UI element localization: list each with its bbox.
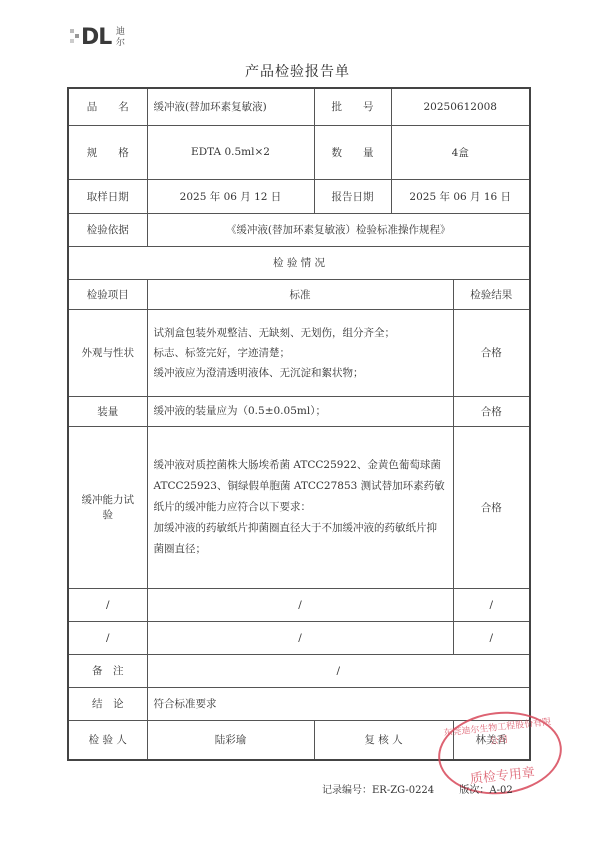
row-columns: 检验项目 标准 检验结果 xyxy=(68,279,530,309)
record-footer: 记录编号：ER-ZG-0224 版次：A-02 xyxy=(322,781,535,796)
quantity-value: 4盒 xyxy=(391,125,530,179)
quantity-label: 数 量 xyxy=(314,125,391,179)
report-date-label: 报告日期 xyxy=(314,179,391,213)
column-header-item: 检验项目 xyxy=(68,279,147,309)
item-cell: 缓冲能力试验 xyxy=(68,426,147,588)
reviewer-label: 复 核 人 xyxy=(314,720,453,760)
product-name-label: 品 名 xyxy=(68,88,147,125)
table-row: 装量 缓冲液的装量应为（0.5±0.05ml）； 合格 xyxy=(68,396,530,426)
row-basis: 检验依据 《缓冲液(替加环素复敏液）检验标准操作规程》 xyxy=(68,213,530,246)
logo-cn: 迪尔 xyxy=(116,28,126,48)
result-cell: / xyxy=(453,588,530,621)
result-cell: 合格 xyxy=(453,309,530,396)
row-spec: 规 格 EDTA 0.5ml×2 数 量 4盒 xyxy=(68,125,530,179)
row-section-title: 检 验 情 况 xyxy=(68,246,530,279)
inspection-section-title: 检 验 情 况 xyxy=(68,246,530,279)
result-cell: 合格 xyxy=(453,396,530,426)
standard-cell: 缓冲液的装量应为（0.5±0.05ml）； xyxy=(147,396,453,426)
table-row: / / / xyxy=(68,588,530,621)
sampling-date-label: 取样日期 xyxy=(68,179,147,213)
basis-value: 《缓冲液(替加环素复敏液）检验标准操作规程》 xyxy=(147,213,530,246)
standard-cell: / xyxy=(147,588,453,621)
column-header-standard: 标准 xyxy=(147,279,453,309)
standard-cell: 试剂盒包装外观整洁、无缺刻、无划伤，组分齐全； 标志、标签完好，字迹清楚； 缓冲… xyxy=(147,309,453,396)
sampling-date-value: 2025 年 06 月 12 日 xyxy=(147,179,314,213)
batch-value: 20250612008 xyxy=(391,88,530,125)
basis-label: 检验依据 xyxy=(68,213,147,246)
row-product-name: 品 名 缓冲液(替加环素复敏液) 批 号 20250612008 xyxy=(68,88,530,125)
table-row: 外观与性状 试剂盒包装外观整洁、无缺刻、无划伤，组分齐全； 标志、标签完好，字迹… xyxy=(68,309,530,396)
inspector-label: 检 验 人 xyxy=(68,720,147,760)
row-conclusion: 结 论 符合标准要求 xyxy=(68,687,530,720)
row-remarks: 备 注 / xyxy=(68,654,530,687)
batch-label: 批 号 xyxy=(314,88,391,125)
row-dates: 取样日期 2025 年 06 月 12 日 报告日期 2025 年 06 月 1… xyxy=(68,179,530,213)
result-cell: / xyxy=(453,621,530,654)
table-row: / / / xyxy=(68,621,530,654)
logo-mark-icon: DL xyxy=(70,27,114,49)
standard-cell: / xyxy=(147,621,453,654)
item-cell: / xyxy=(68,621,147,654)
spec-label: 规 格 xyxy=(68,125,147,179)
logo-text: DL xyxy=(81,27,111,49)
report-date-value: 2025 年 06 月 16 日 xyxy=(391,179,530,213)
item-cell: 装量 xyxy=(68,396,147,426)
report-table: 品 名 缓冲液(替加环素复敏液) 批 号 20250612008 规 格 EDT… xyxy=(67,87,531,761)
company-logo: DL 迪尔 xyxy=(70,27,126,49)
standard-cell: 缓冲液对质控菌株大肠埃希菌 ATCC25922、金黄色葡萄球菌 ATCC2592… xyxy=(147,426,453,588)
result-cell: 合格 xyxy=(453,426,530,588)
column-header-result: 检验结果 xyxy=(453,279,530,309)
item-cell: / xyxy=(68,588,147,621)
inspector-name: 陆彩瑜 xyxy=(147,720,314,760)
conclusion-label: 结 论 xyxy=(68,687,147,720)
page-title: 产品检验报告单 xyxy=(0,61,595,81)
remarks-value: / xyxy=(147,654,530,687)
remarks-label: 备 注 xyxy=(68,654,147,687)
conclusion-value: 符合标准要求 xyxy=(147,687,530,720)
spec-value: EDTA 0.5ml×2 xyxy=(147,125,314,179)
product-name-value: 缓冲液(替加环素复敏液) xyxy=(147,88,314,125)
item-cell: 外观与性状 xyxy=(68,309,147,396)
table-row: 缓冲能力试验 缓冲液对质控菌株大肠埃希菌 ATCC25922、金黄色葡萄球菌 A… xyxy=(68,426,530,588)
version-number: 版次：A-02 xyxy=(459,785,512,796)
record-number: 记录编号：ER-ZG-0224 xyxy=(322,785,434,796)
